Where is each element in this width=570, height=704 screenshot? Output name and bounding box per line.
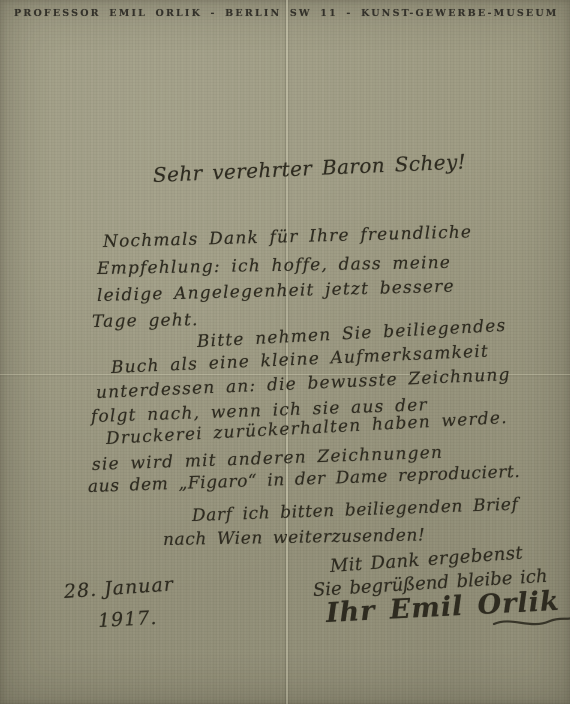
- body-line: Tage geht.: [92, 310, 199, 332]
- date-day-month: 28. Januar: [63, 573, 174, 603]
- date-year: 1917.: [97, 607, 157, 632]
- body-line: leidige Angelegenheit jetzt bessere: [97, 277, 455, 306]
- signature-flourish: [494, 608, 570, 636]
- body-line: Empfehlung: ich hoffe, dass meine: [97, 253, 451, 279]
- letter-sheet: PROFESSOR EMIL ORLIK - BERLIN SW 11 - KU…: [0, 0, 570, 704]
- body-line: nach Wien weiterzusenden!: [163, 525, 426, 550]
- salutation: Sehr verehrter Baron Schey!: [152, 149, 466, 187]
- body-line: Darf ich bitten beiliegenden Brief: [192, 495, 519, 526]
- letterhead: PROFESSOR EMIL ORLIK - BERLIN SW 11 - KU…: [14, 8, 559, 19]
